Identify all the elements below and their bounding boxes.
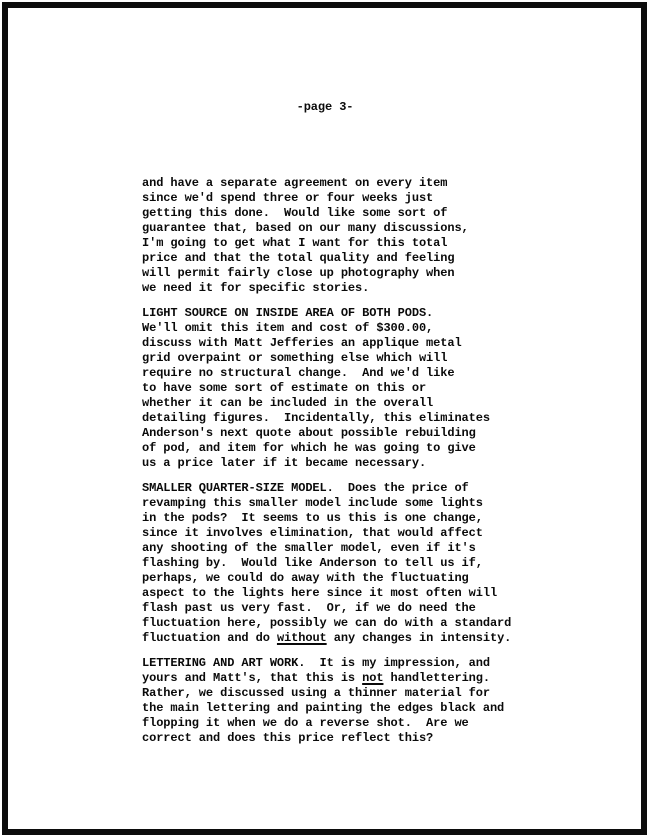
text-segment: discuss with Matt Jefferies an applique … bbox=[142, 336, 462, 350]
text-segment: yours and Matt's, that this is bbox=[142, 671, 362, 685]
text-line: since it involves elimination, that woul… bbox=[142, 526, 532, 541]
text-segment: SMALLER QUARTER-SIZE MODEL. Does the pri… bbox=[142, 481, 469, 495]
text-line: will permit fairly close up photography … bbox=[142, 266, 532, 281]
text-segment: getting this done. Would like some sort … bbox=[142, 206, 447, 220]
document-page: -page 3- and have a separate agreement o… bbox=[0, 0, 650, 839]
text-segment: guarantee that, based on our many discus… bbox=[142, 221, 469, 235]
text-segment: price and that the total quality and fee… bbox=[142, 251, 454, 265]
text-segment: Anderson's next quote about possible reb… bbox=[142, 426, 476, 440]
text-line: perhaps, we could do away with the fluct… bbox=[142, 571, 532, 586]
text-segment: since it involves elimination, that woul… bbox=[142, 526, 483, 540]
paragraph: LETTERING AND ART WORK. It is my impress… bbox=[142, 656, 532, 746]
text-line: the main lettering and painting the edge… bbox=[142, 701, 532, 716]
text-segment: any changes in intensity. bbox=[327, 631, 512, 645]
page-number: -page 3- bbox=[0, 100, 650, 115]
text-line: fluctuation and do without any changes i… bbox=[142, 631, 532, 646]
text-line: correct and does this price reflect this… bbox=[142, 731, 532, 746]
text-line: flashing by. Would like Anderson to tell… bbox=[142, 556, 532, 571]
text-line: revamping this smaller model include som… bbox=[142, 496, 532, 511]
text-line: LIGHT SOURCE ON INSIDE AREA OF BOTH PODS… bbox=[142, 306, 532, 321]
text-segment: will permit fairly close up photography … bbox=[142, 266, 454, 280]
text-line: grid overpaint or something else which w… bbox=[142, 351, 532, 366]
text-line: aspect to the lights here since it most … bbox=[142, 586, 532, 601]
text-line: discuss with Matt Jefferies an applique … bbox=[142, 336, 532, 351]
text-segment: and have a separate agreement on every i… bbox=[142, 176, 447, 190]
text-segment: whether it can be included in the overal… bbox=[142, 396, 433, 410]
text-line: and have a separate agreement on every i… bbox=[142, 176, 532, 191]
text-segment: handlettering. bbox=[383, 671, 490, 685]
text-line: detailing figures. Incidentally, this el… bbox=[142, 411, 532, 426]
text-line: require no structural change. And we'd l… bbox=[142, 366, 532, 381]
text-line: Anderson's next quote about possible reb… bbox=[142, 426, 532, 441]
text-segment: LETTERING AND ART WORK. It is my impress… bbox=[142, 656, 490, 670]
text-segment: detailing figures. Incidentally, this el… bbox=[142, 411, 490, 425]
text-segment: We'll omit this item and cost of $300.00… bbox=[142, 321, 433, 335]
text-line: Rather, we discussed using a thinner mat… bbox=[142, 686, 532, 701]
text-segment: flash past us very fast. Or, if we do ne… bbox=[142, 601, 476, 615]
text-segment: fluctuation and do bbox=[142, 631, 277, 645]
text-segment: perhaps, we could do away with the fluct… bbox=[142, 571, 469, 585]
text-segment: of pod, and item for which he was going … bbox=[142, 441, 476, 455]
underlined-text: without bbox=[277, 631, 327, 645]
text-line: to have some sort of estimate on this or bbox=[142, 381, 532, 396]
text-line: us a price later if it became necessary. bbox=[142, 456, 532, 471]
text-segment: aspect to the lights here since it most … bbox=[142, 586, 497, 600]
text-line: flopping it when we do a reverse shot. A… bbox=[142, 716, 532, 731]
text-line: flash past us very fast. Or, if we do ne… bbox=[142, 601, 532, 616]
text-segment: require no structural change. And we'd l… bbox=[142, 366, 454, 380]
text-segment: flopping it when we do a reverse shot. A… bbox=[142, 716, 469, 730]
text-segment: us a price later if it became necessary. bbox=[142, 456, 426, 470]
text-line: fluctuation here, possibly we can do wit… bbox=[142, 616, 532, 631]
text-line: SMALLER QUARTER-SIZE MODEL. Does the pri… bbox=[142, 481, 532, 496]
text-segment: LIGHT SOURCE ON INSIDE AREA OF BOTH PODS… bbox=[142, 306, 433, 320]
text-line: whether it can be included in the overal… bbox=[142, 396, 532, 411]
text-segment: the main lettering and painting the edge… bbox=[142, 701, 504, 715]
text-line: since we'd spend three or four weeks jus… bbox=[142, 191, 532, 206]
document-body: and have a separate agreement on every i… bbox=[142, 176, 532, 756]
text-segment: any shooting of the smaller model, even … bbox=[142, 541, 476, 555]
text-segment: since we'd spend three or four weeks jus… bbox=[142, 191, 433, 205]
text-segment: flashing by. Would like Anderson to tell… bbox=[142, 556, 483, 570]
text-line: guarantee that, based on our many discus… bbox=[142, 221, 532, 236]
text-line: price and that the total quality and fee… bbox=[142, 251, 532, 266]
text-line: we need it for specific stories. bbox=[142, 281, 532, 296]
text-segment: to have some sort of estimate on this or bbox=[142, 381, 426, 395]
text-segment: in the pods? It seems to us this is one … bbox=[142, 511, 483, 525]
text-line: getting this done. Would like some sort … bbox=[142, 206, 532, 221]
text-segment: I'm going to get what I want for this to… bbox=[142, 236, 447, 250]
text-segment: revamping this smaller model include som… bbox=[142, 496, 483, 510]
paragraph: SMALLER QUARTER-SIZE MODEL. Does the pri… bbox=[142, 481, 532, 646]
text-line: We'll omit this item and cost of $300.00… bbox=[142, 321, 532, 336]
text-line: LETTERING AND ART WORK. It is my impress… bbox=[142, 656, 532, 671]
text-line: of pod, and item for which he was going … bbox=[142, 441, 532, 456]
text-line: in the pods? It seems to us this is one … bbox=[142, 511, 532, 526]
paragraph: LIGHT SOURCE ON INSIDE AREA OF BOTH PODS… bbox=[142, 306, 532, 471]
text-segment: correct and does this price reflect this… bbox=[142, 731, 433, 745]
text-segment: fluctuation here, possibly we can do wit… bbox=[142, 616, 511, 630]
paragraph: and have a separate agreement on every i… bbox=[142, 176, 532, 296]
text-line: yours and Matt's, that this is not handl… bbox=[142, 671, 532, 686]
text-segment: we need it for specific stories. bbox=[142, 281, 369, 295]
text-line: I'm going to get what I want for this to… bbox=[142, 236, 532, 251]
text-segment: Rather, we discussed using a thinner mat… bbox=[142, 686, 490, 700]
underlined-text: not bbox=[362, 671, 383, 685]
text-segment: grid overpaint or something else which w… bbox=[142, 351, 447, 365]
text-line: any shooting of the smaller model, even … bbox=[142, 541, 532, 556]
